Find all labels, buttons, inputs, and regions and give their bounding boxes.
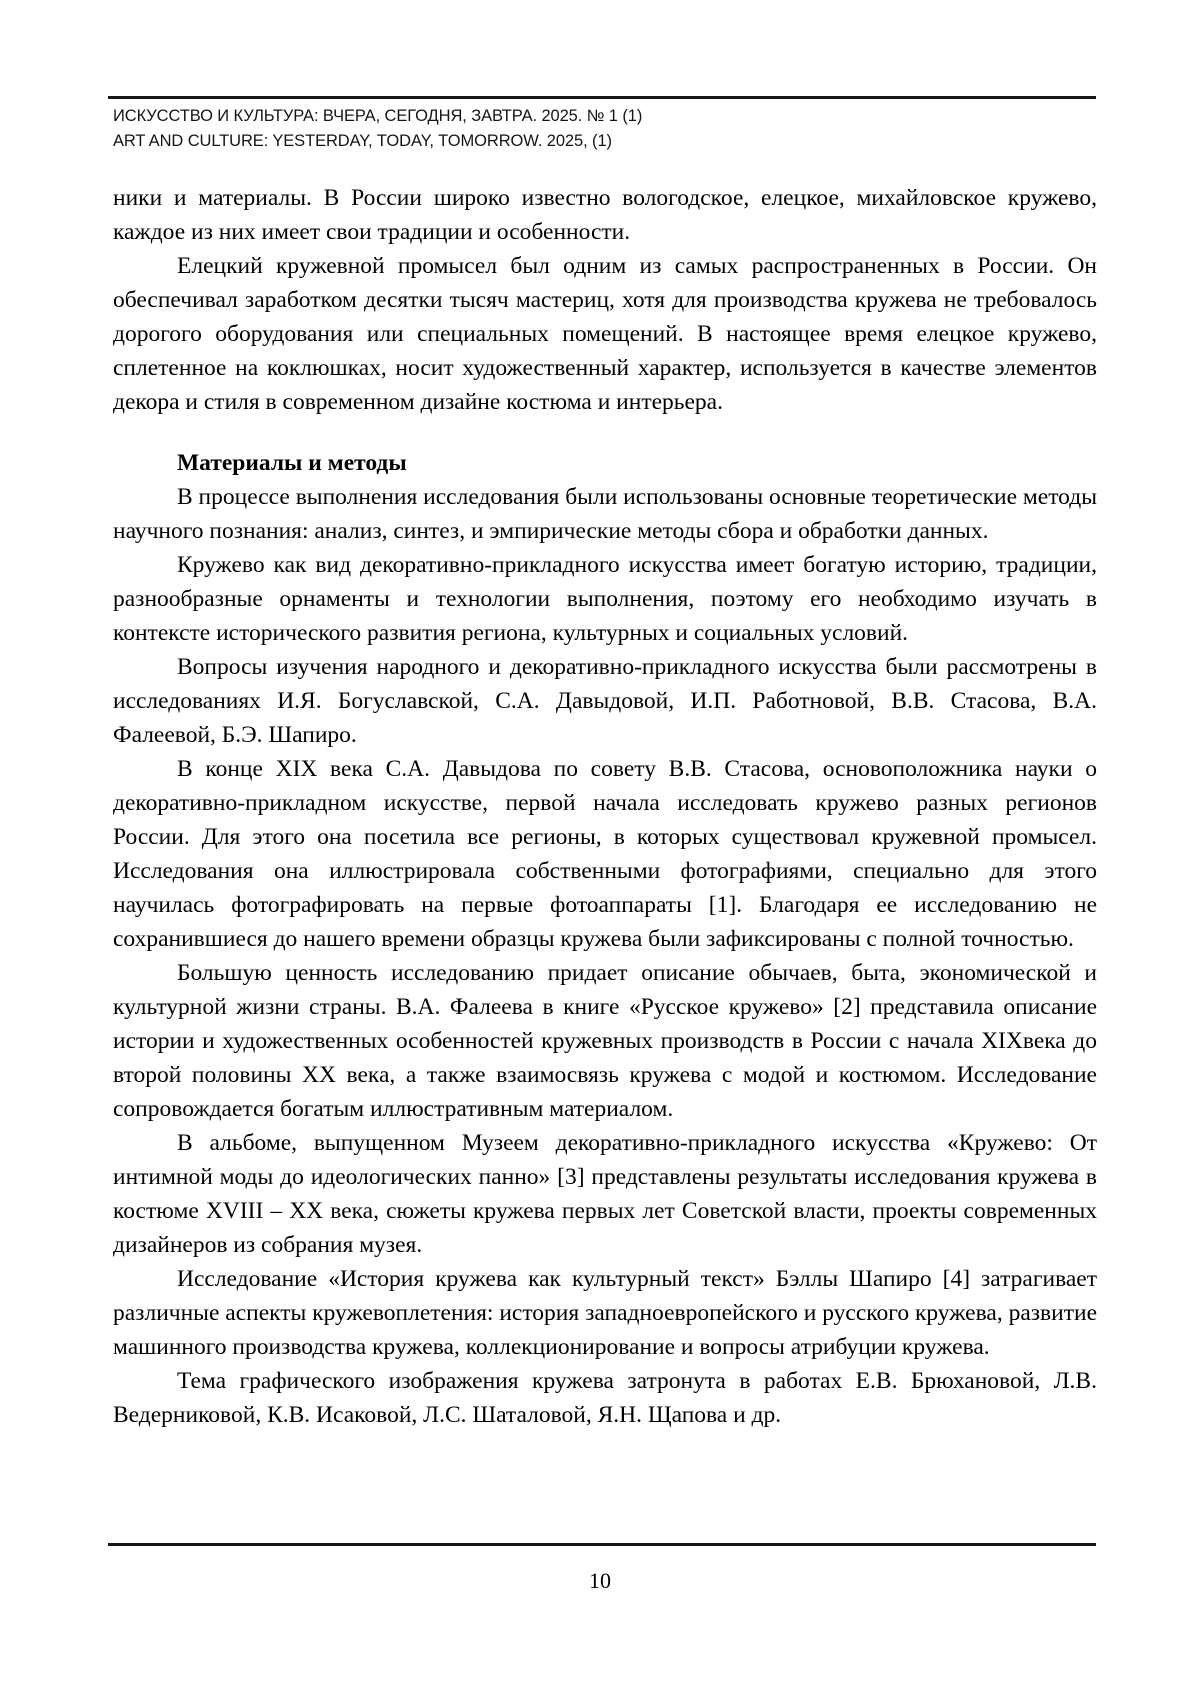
section-heading: Материалы и методы (113, 446, 1097, 480)
paragraph: ники и материалы. В России широко извест… (113, 181, 1097, 249)
paragraph: Кружево как вид декоративно-прикладного … (113, 548, 1097, 650)
paragraph: Большую ценность исследованию придает оп… (113, 956, 1097, 1126)
journal-title-en: ART AND CULTURE: YESTERDAY, TODAY, TOMOR… (113, 129, 1097, 154)
footer-rule (108, 1543, 1096, 1546)
paragraph: Елецкий кружевной промысел был одним из … (113, 249, 1097, 419)
paragraph: Тема графического изображения кружева за… (113, 1364, 1097, 1432)
paragraph: В конце XIX века С.А. Давыдова по совету… (113, 752, 1097, 956)
article-body: ники и материалы. В России широко извест… (113, 181, 1097, 1432)
page-number: 10 (0, 1568, 1200, 1594)
paragraph: В процессе выполнения исследования были … (113, 480, 1097, 548)
header-rule (108, 96, 1096, 99)
page-content: ИСКУССТВО И КУЛЬТУРА: ВЧЕРА, СЕГОДНЯ, ЗА… (113, 104, 1097, 1432)
journal-title-ru: ИСКУССТВО И КУЛЬТУРА: ВЧЕРА, СЕГОДНЯ, ЗА… (113, 104, 1097, 129)
paragraph: В альбоме, выпущенном Музеем декоративно… (113, 1126, 1097, 1262)
running-header: ИСКУССТВО И КУЛЬТУРА: ВЧЕРА, СЕГОДНЯ, ЗА… (113, 104, 1097, 154)
paragraph: Исследование «История кружева как культу… (113, 1262, 1097, 1364)
document-page: ИСКУССТВО И КУЛЬТУРА: ВЧЕРА, СЕГОДНЯ, ЗА… (0, 0, 1200, 1697)
paragraph: Вопросы изучения народного и декоративно… (113, 650, 1097, 752)
